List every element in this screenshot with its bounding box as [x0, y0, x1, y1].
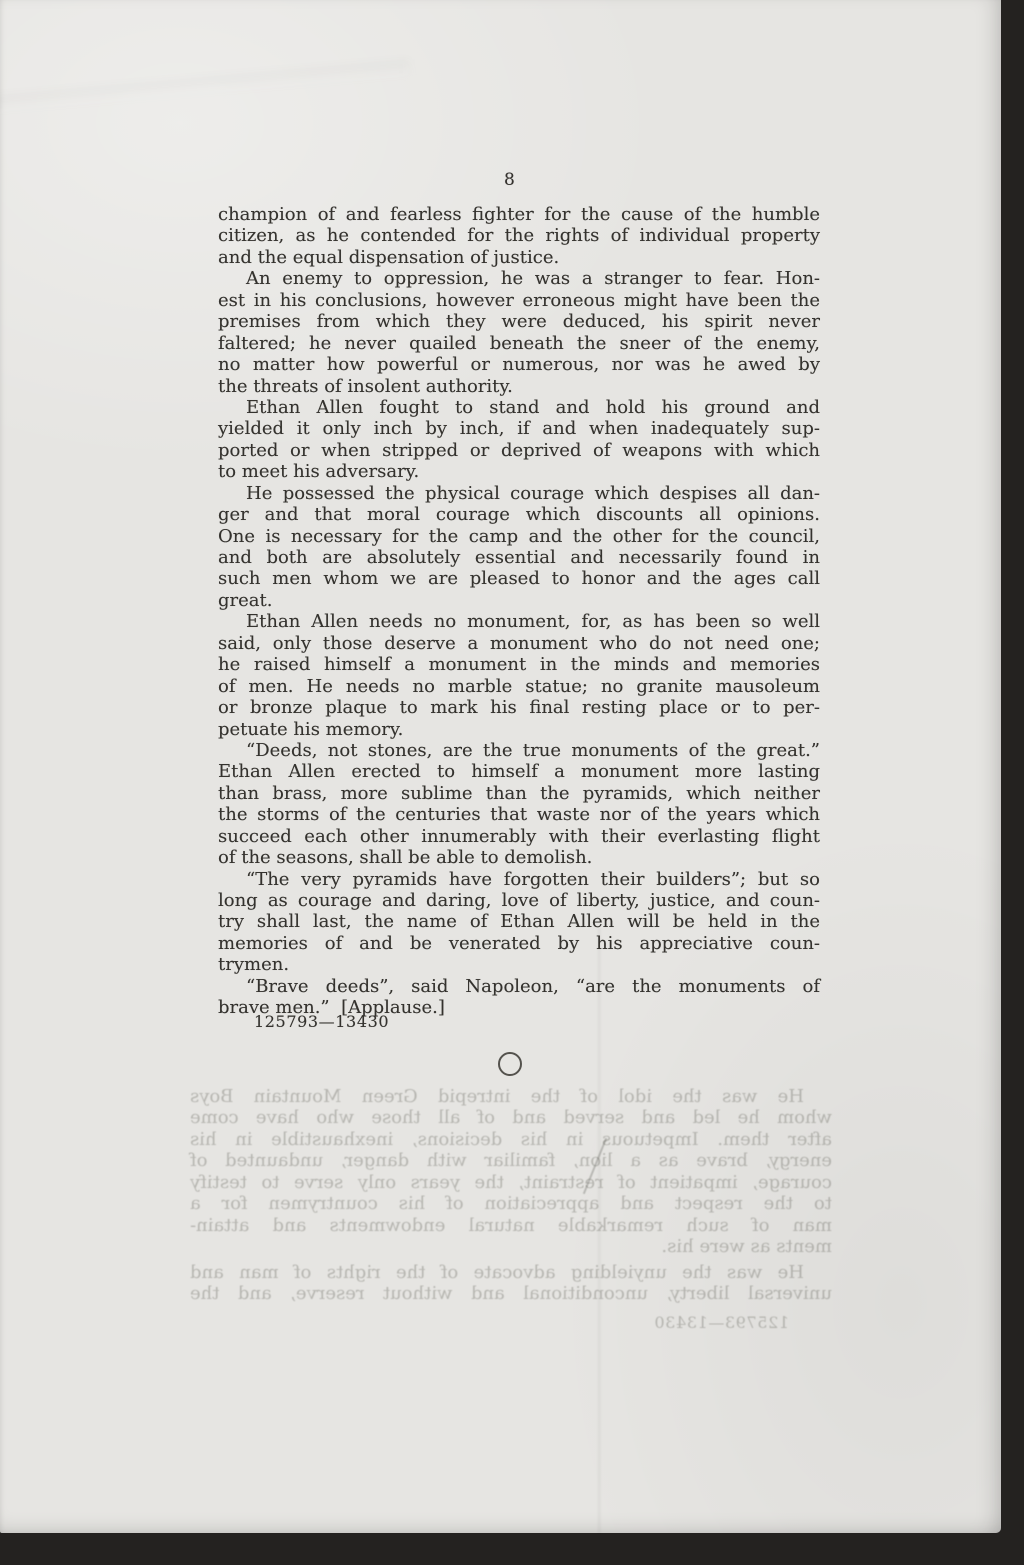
- text-line: ger and that moral courage which discoun…: [218, 504, 820, 525]
- text-line: the storms of the centuries that waste n…: [218, 804, 820, 825]
- text-line: try shall last, the name of Ethan Allen …: [218, 911, 820, 932]
- text-line: est in his conclusions, however erroneou…: [218, 290, 820, 311]
- text-line: “The very pyramids have forgotten their …: [218, 869, 820, 890]
- text-line: such men whom we are pleased to honor an…: [218, 568, 820, 589]
- text-line: after them. Impetuous in his decisions, …: [190, 1129, 832, 1150]
- text-line: Ethan Allen erected to himself a monumen…: [218, 761, 820, 782]
- text-line: ments as were his.: [190, 1236, 832, 1257]
- text-line: He was the unyielding advocate of the ri…: [190, 1262, 832, 1283]
- text-line: premises from which they were deduced, h…: [218, 311, 820, 332]
- bleedthrough-text-mirrored: He was the idol of the intrepid Green Mo…: [190, 1086, 832, 1334]
- text-line: of the seasons, shall be able to demolis…: [218, 847, 820, 868]
- text-line: he raised himself a monument in the mind…: [218, 654, 820, 675]
- text-line: whom he led and served and of all those …: [190, 1107, 832, 1128]
- text-line: yielded it only inch by inch, if and whe…: [218, 418, 820, 439]
- text-line: man of such remarkable natural endowment…: [190, 1215, 832, 1236]
- text-line: One is necessary for the camp and the ot…: [218, 526, 820, 547]
- end-of-document-circle-mark: [498, 1052, 522, 1076]
- text-line: to meet his adversary.: [218, 461, 820, 482]
- text-line: “Deeds, not stones, are the true monumen…: [218, 740, 820, 761]
- text-line: the threats of insolent authority.: [218, 376, 820, 397]
- text-line: great.: [218, 590, 820, 611]
- text-line: “Brave deeds”, said Napoleon, “are the m…: [218, 976, 820, 997]
- text-line: universal liberty, unconditional and wit…: [190, 1283, 832, 1304]
- text-line: energy, brave as a lion, familiar with d…: [190, 1150, 832, 1171]
- text-line: to the respect and appreciation of his c…: [190, 1193, 832, 1214]
- printer-job-code: 125793—13430: [254, 1012, 389, 1031]
- text-line: or bronze plaque to mark his final resti…: [218, 697, 820, 718]
- text-line: Ethan Allen needs no monument, for, as h…: [218, 611, 820, 632]
- text-line: of men. He needs no marble statue; no gr…: [218, 676, 820, 697]
- speech-text-block: champion of and fearless fighter for the…: [218, 204, 820, 1019]
- text-line: An enemy to oppression, he was a strange…: [218, 268, 820, 289]
- text-line: and the equal dispensation of justice.: [218, 247, 820, 268]
- text-line: said, only those deserve a monument who …: [218, 633, 820, 654]
- bleedthrough-printer-code: 125793—13430: [190, 1312, 832, 1333]
- text-line: citizen, as he contended for the rights …: [218, 225, 820, 246]
- text-line: He possessed the physical courage which …: [218, 483, 820, 504]
- text-line: long as courage and daring, love of libe…: [218, 890, 820, 911]
- text-line: courage, impatient of restraint, the yea…: [190, 1172, 832, 1193]
- text-line: memories of and be venerated by his appr…: [218, 933, 820, 954]
- paper-crease: [0, 60, 410, 113]
- text-line: petuate his memory.: [218, 719, 820, 740]
- text-line: trymen.: [218, 954, 820, 975]
- bleedthrough-paragraphs: He was the idol of the intrepid Green Mo…: [190, 1086, 832, 1304]
- text-line: champion of and fearless fighter for the…: [218, 204, 820, 225]
- text-line: than brass, more sublime than the pyrami…: [218, 783, 820, 804]
- scanner-background: { "document": { "page_number": "8", "par…: [0, 0, 1024, 1565]
- text-line: faltered; he never quailed beneath the s…: [218, 333, 820, 354]
- text-line: and both are absolutely essential and ne…: [218, 547, 820, 568]
- text-line: no matter how powerful or numerous, nor …: [218, 354, 820, 375]
- text-line: succeed each other innumerably with thei…: [218, 826, 820, 847]
- text-line: ported or when stripped or deprived of w…: [218, 440, 820, 461]
- scanned-page: 8 champion of and fearless fighter for t…: [0, 0, 1001, 1533]
- page-number: 8: [504, 170, 515, 190]
- text-line: Ethan Allen fought to stand and hold his…: [218, 397, 820, 418]
- text-line: He was the idol of the intrepid Green Mo…: [190, 1086, 832, 1107]
